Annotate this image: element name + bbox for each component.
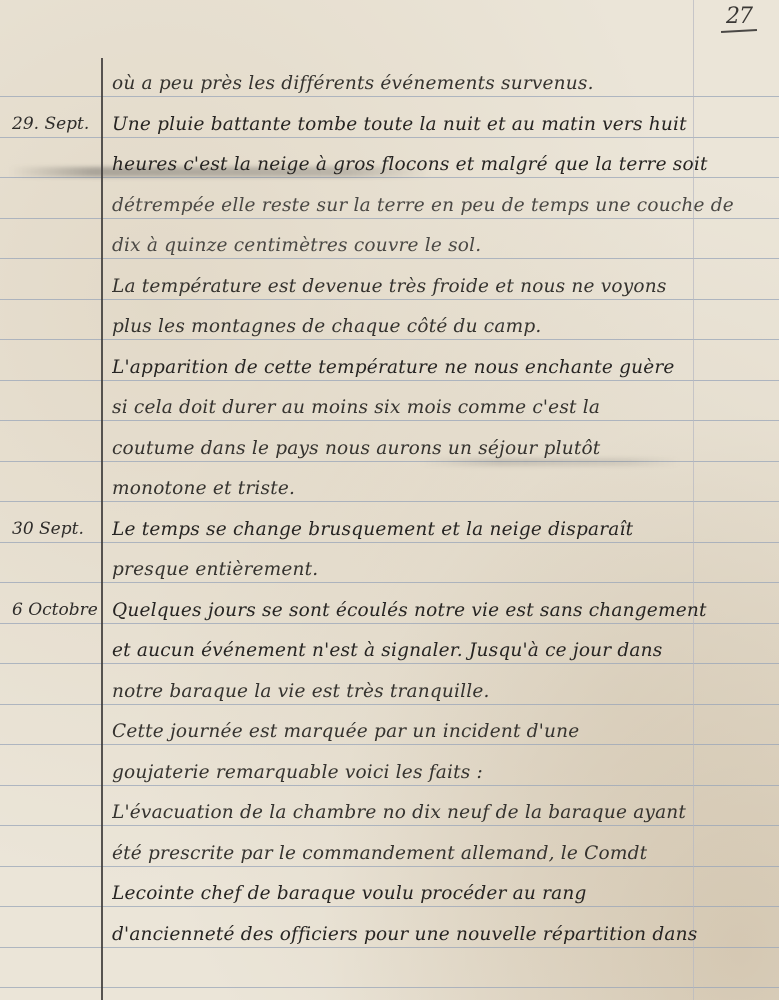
diary-line: et aucun événement n'est à signaler. Jus… — [0, 626, 779, 662]
line-date: 6 Octobre — [12, 600, 100, 620]
rule-line — [0, 704, 779, 705]
diary-line: dix à quinze centimètres couvre le sol. — [0, 221, 779, 257]
line-text: L'évacuation de la chambre no dix neuf d… — [112, 802, 777, 823]
line-text: d'ancienneté des officiers pour une nouv… — [112, 924, 777, 945]
diary-line: L'évacuation de la chambre no dix neuf d… — [0, 788, 779, 824]
diary-line: La température est devenue très froide e… — [0, 262, 779, 298]
diary-line: presque entièrement. — [0, 545, 779, 581]
diary-line: 30 Sept. Le temps se change brusquement … — [0, 505, 779, 541]
rule-line — [0, 218, 779, 219]
rule-line — [0, 623, 779, 624]
line-text: détrempée elle reste sur la terre en peu… — [112, 195, 777, 216]
rule-line — [0, 542, 779, 543]
rule-line — [0, 258, 779, 259]
line-text: La température est devenue très froide e… — [112, 276, 777, 297]
rule-line — [0, 744, 779, 745]
rule-line — [0, 501, 779, 502]
diary-line: plus les montagnes de chaque côté du cam… — [0, 302, 779, 338]
diary-line: monotone et triste. — [0, 464, 779, 500]
rule-line — [0, 137, 779, 138]
diary-line: heures c'est la neige à gros flocons et … — [0, 140, 779, 176]
rule-line — [0, 906, 779, 907]
rule-line — [0, 947, 779, 948]
rule-line — [0, 987, 779, 988]
diary-line: L'apparition de cette température ne nou… — [0, 343, 779, 379]
line-text: si cela doit durer au moins six mois com… — [112, 397, 777, 418]
page-number-underline — [721, 29, 757, 33]
diary-line: goujaterie remarquable voici les faits : — [0, 748, 779, 784]
diary-line: notre baraque la vie est très tranquille… — [0, 667, 779, 703]
rule-line — [0, 420, 779, 421]
line-text: dix à quinze centimètres couvre le sol. — [112, 235, 777, 256]
rule-line — [0, 663, 779, 664]
line-text: Une pluie battante tombe toute la nuit e… — [112, 114, 777, 135]
diary-line: 6 Octobre Quelques jours se sont écoulés… — [0, 586, 779, 622]
line-text: monotone et triste. — [112, 478, 777, 499]
diary-line: 29. Sept. Une pluie battante tombe toute… — [0, 100, 779, 136]
line-text: notre baraque la vie est très tranquille… — [112, 681, 777, 702]
rule-line — [0, 866, 779, 867]
rule-line — [0, 339, 779, 340]
page-number: 27 — [726, 4, 752, 29]
line-text: Le temps se change brusquement et la nei… — [112, 519, 777, 540]
line-text: presque entièrement. — [112, 559, 777, 580]
rule-line — [0, 177, 779, 178]
rule-line — [0, 825, 779, 826]
line-text: Cette journée est marquée par un inciden… — [112, 721, 777, 742]
line-date: 30 Sept. — [12, 519, 100, 539]
line-text: heures c'est la neige à gros flocons et … — [112, 154, 777, 175]
rule-line — [0, 582, 779, 583]
line-text: coutume dans le pays nous aurons un séjo… — [112, 438, 777, 459]
rule-line — [0, 785, 779, 786]
diary-line: Cette journée est marquée par un inciden… — [0, 707, 779, 743]
line-text: L'apparition de cette température ne nou… — [112, 357, 777, 378]
rule-line — [0, 380, 779, 381]
line-text: été prescrite par le commandement allema… — [112, 843, 777, 864]
diary-line: détrempée elle reste sur la terre en peu… — [0, 181, 779, 217]
diary-line: d'ancienneté des officiers pour une nouv… — [0, 910, 779, 946]
rule-line — [0, 96, 779, 97]
diary-line: coutume dans le pays nous aurons un séjo… — [0, 424, 779, 460]
line-date: 29. Sept. — [12, 114, 100, 134]
line-text: où a peu près les différents événements … — [112, 73, 777, 94]
diary-line: Lecointe chef de baraque voulu procéder … — [0, 869, 779, 905]
line-text: et aucun événement n'est à signaler. Jus… — [112, 640, 777, 661]
diary-line: si cela doit durer au moins six mois com… — [0, 383, 779, 419]
diary-line: où a peu près les différents événements … — [0, 59, 779, 95]
diary-page: 27 où a peu près les différents événemen… — [0, 0, 779, 1000]
line-text: Lecointe chef de baraque voulu procéder … — [112, 883, 777, 904]
rule-line — [0, 299, 779, 300]
line-text: plus les montagnes de chaque côté du cam… — [112, 316, 777, 337]
line-text: goujaterie remarquable voici les faits : — [112, 762, 777, 783]
line-text: Quelques jours se sont écoulés notre vie… — [112, 600, 777, 621]
diary-line: été prescrite par le commandement allema… — [0, 829, 779, 865]
